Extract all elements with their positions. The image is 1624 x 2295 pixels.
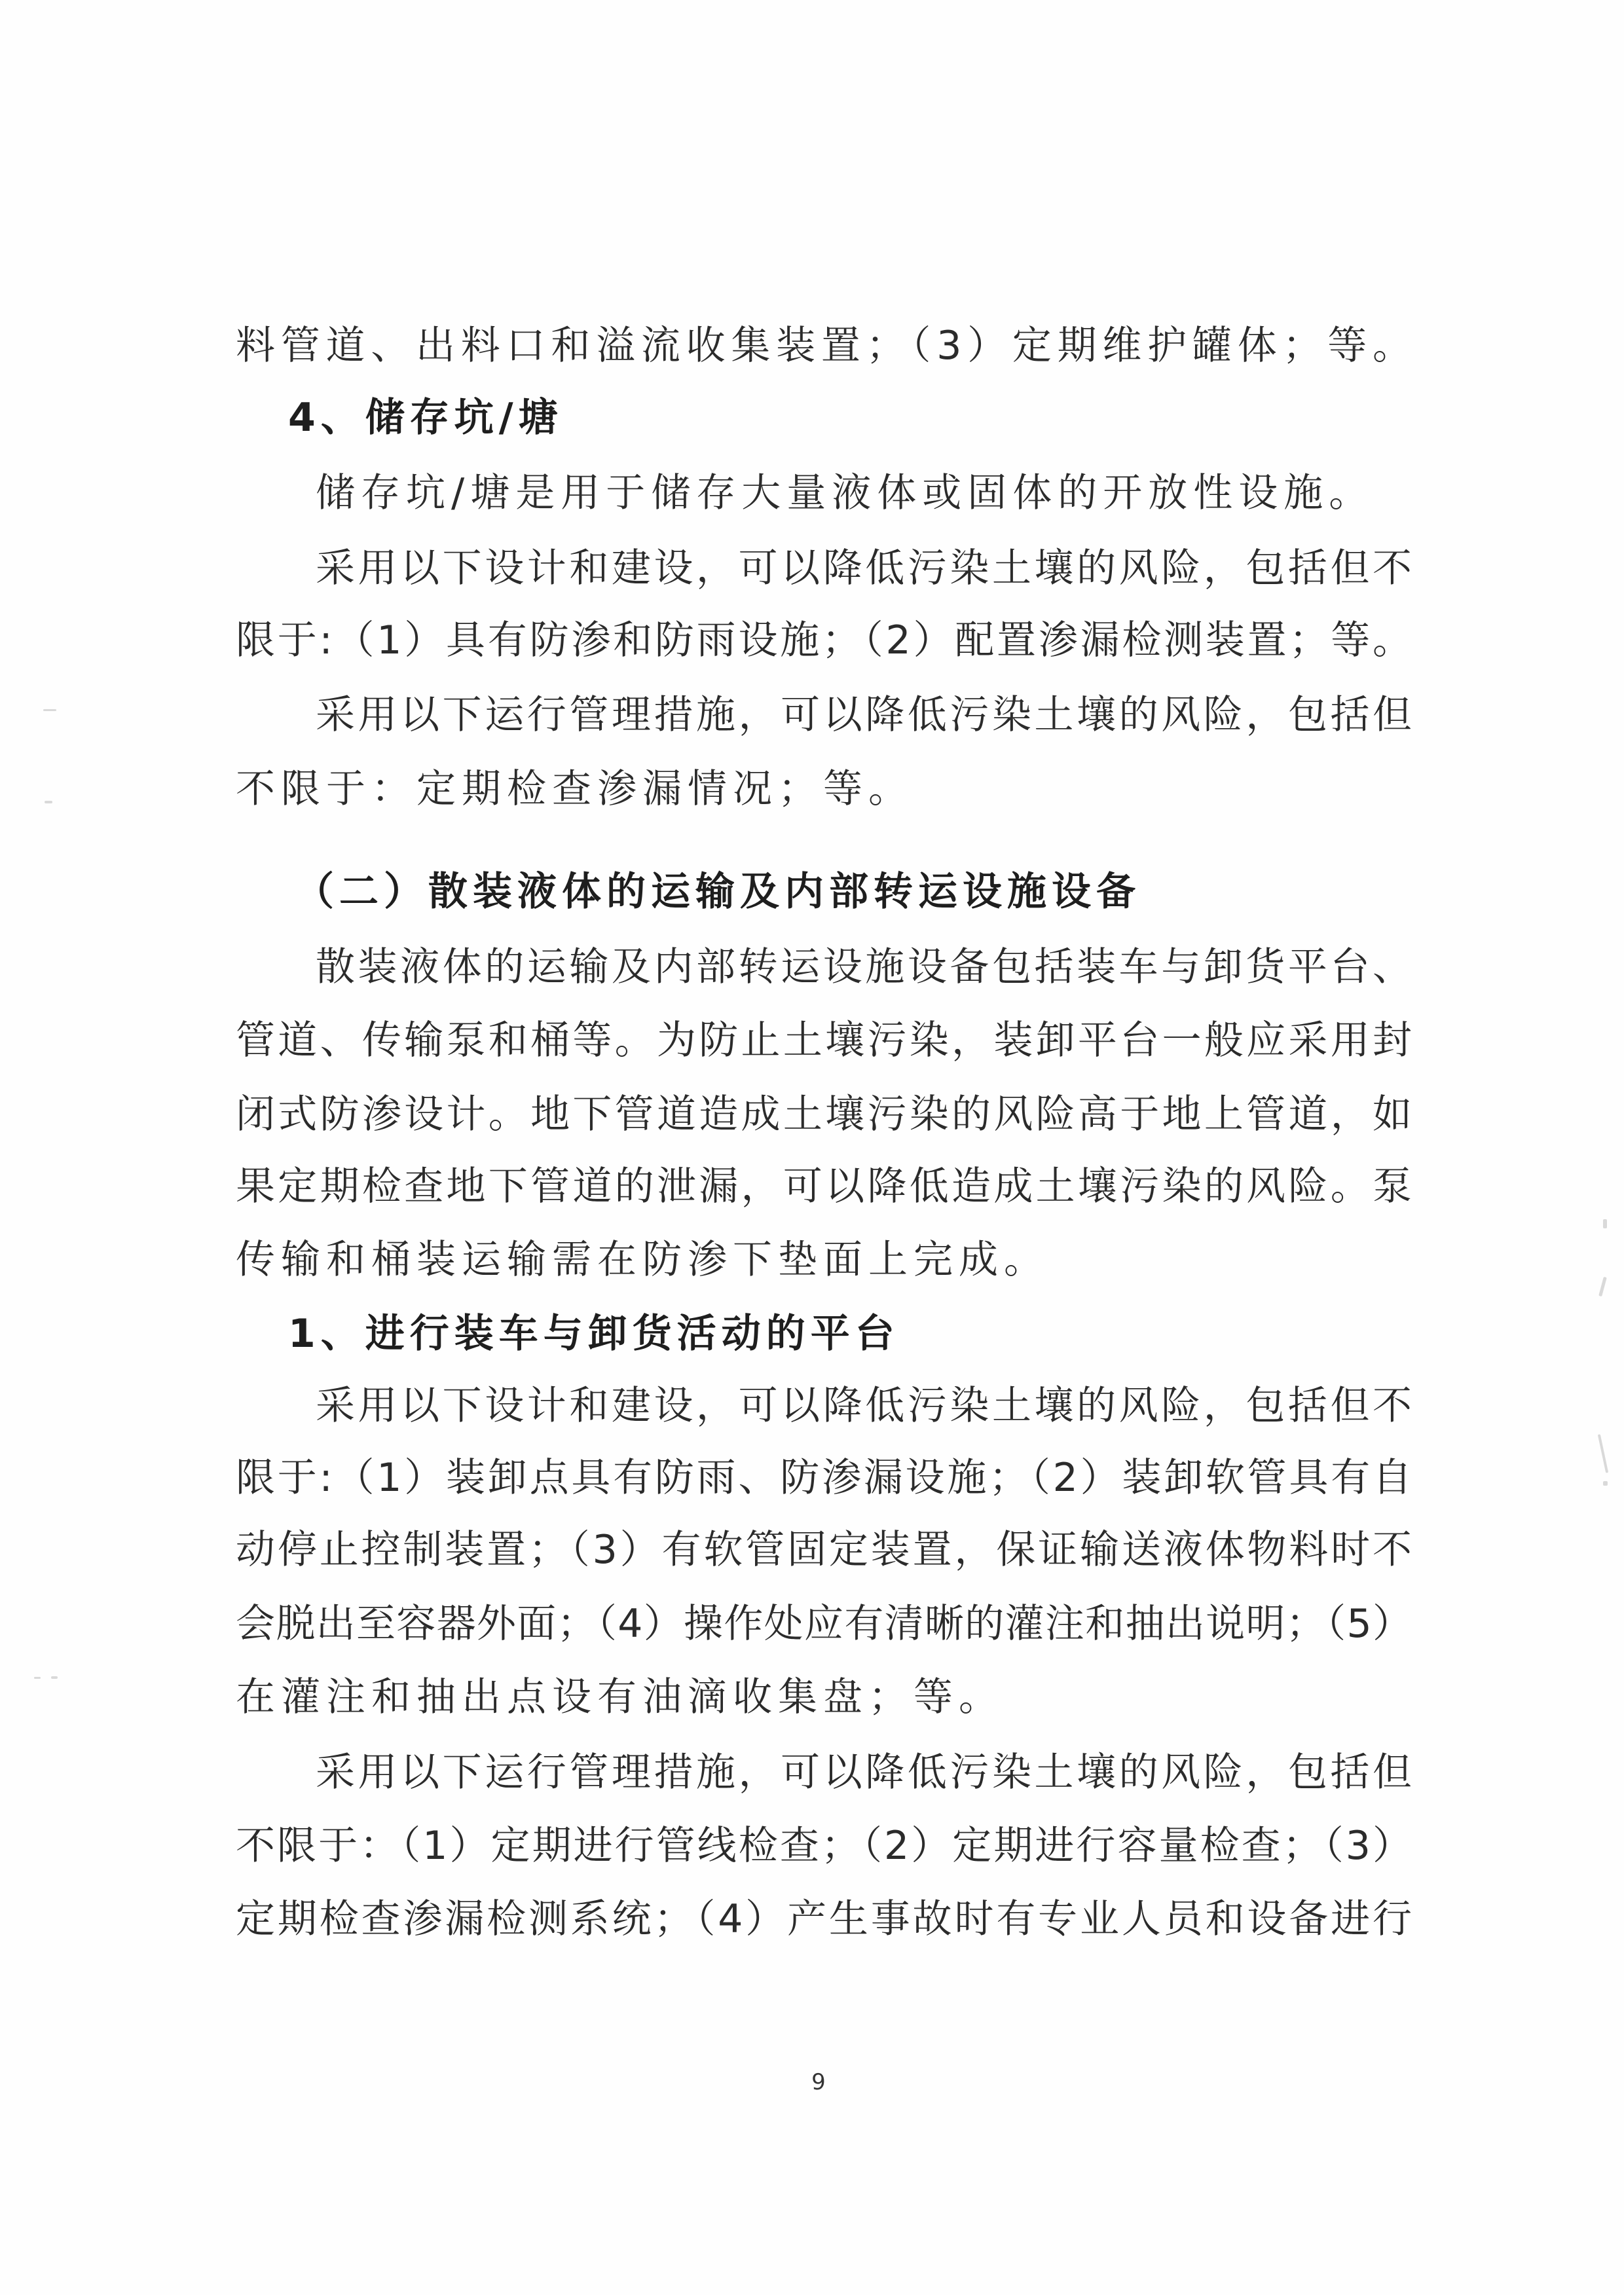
scan-artifact-left-3: [34, 1677, 41, 1679]
body-line: 定期检查渗漏检测系统；（4）产生事故时有专业人员和设备进行: [236, 1890, 1412, 1949]
body-line: 料管道、出料口和溢流收集装置；（3）定期维护罐体；等。: [236, 316, 1412, 375]
body-line: 传输和桶装运输需在防渗下垫面上完成。: [236, 1230, 1414, 1289]
body-line: 散装液体的运输及内部转运设施设备包括装车与卸货平台、: [316, 938, 1412, 997]
body-line: 限于:（1）装卸点具有防雨、防渗漏设施；（2）装卸软管具有自: [236, 1448, 1412, 1507]
body-line: 闭式防渗设计。地下管道造成土壤污染的风险高于地上管道，如: [236, 1085, 1412, 1144]
body-line: 储存坑/塘是用于储存大量液体或固体的开放性设施。: [316, 464, 1494, 523]
body-line: 会脱出至容器外面；（4）操作处应有清晰的灌注和抽出说明；（5）: [236, 1594, 1412, 1653]
scan-artifact-right-2: [1598, 1277, 1607, 1296]
body-line: 采用以下运行管理措施，可以降低污染土壤的风险，包括但: [316, 686, 1412, 744]
body-line: 动停止控制装置；（3）有软管固定装置，保证输送液体物料时不: [236, 1520, 1412, 1579]
body-line: 不限于：（1）定期进行管线检查；（2）定期进行容量检查；（3）: [236, 1816, 1412, 1875]
body-line: 采用以下运行管理措施，可以降低污染土壤的风险，包括但: [316, 1743, 1412, 1802]
body-line: 管道、传输泵和桶等。为防止土壤污染，装卸平台一般应采用封: [236, 1011, 1412, 1070]
scan-artifact-right-4: [1603, 1481, 1608, 1486]
body-line: 果定期检查地下管道的泄漏，可以降低造成土壤污染的风险。泵: [236, 1157, 1412, 1216]
body-line: 在灌注和抽出点设有油滴收集盘；等。: [236, 1668, 1414, 1727]
body-line: 限于:（1）具有防渗和防雨设施；（2）配置渗漏检测装置；等。: [236, 611, 1412, 670]
body-line: 不限于：定期检查渗漏情况；等。: [236, 760, 1414, 818]
scan-artifact-left-2: [45, 801, 52, 803]
body-line: 采用以下设计和建设，可以降低污染土壤的风险，包括但不: [316, 539, 1412, 598]
subsection-heading: 1、进行装车与卸货活动的平台: [288, 1304, 1467, 1363]
page-number: 9: [805, 2069, 832, 2095]
scan-artifact-right-3: [1598, 1434, 1608, 1473]
document-page: 料管道、出料口和溢流收集装置；（3）定期维护罐体；等。 4、储存坑/塘 储存坑/…: [0, 0, 1624, 2295]
scan-artifact-right-1: [1603, 1219, 1607, 1228]
section-heading: （二）散装液体的运输及内部转运设施设备: [295, 862, 1473, 921]
subsection-heading: 4、储存坑/塘: [288, 388, 1467, 447]
scan-artifact-left-1: [43, 709, 56, 711]
scan-artifact-left-4: [51, 1676, 58, 1679]
body-line: 采用以下设计和建设，可以降低污染土壤的风险，包括但不: [316, 1376, 1412, 1435]
